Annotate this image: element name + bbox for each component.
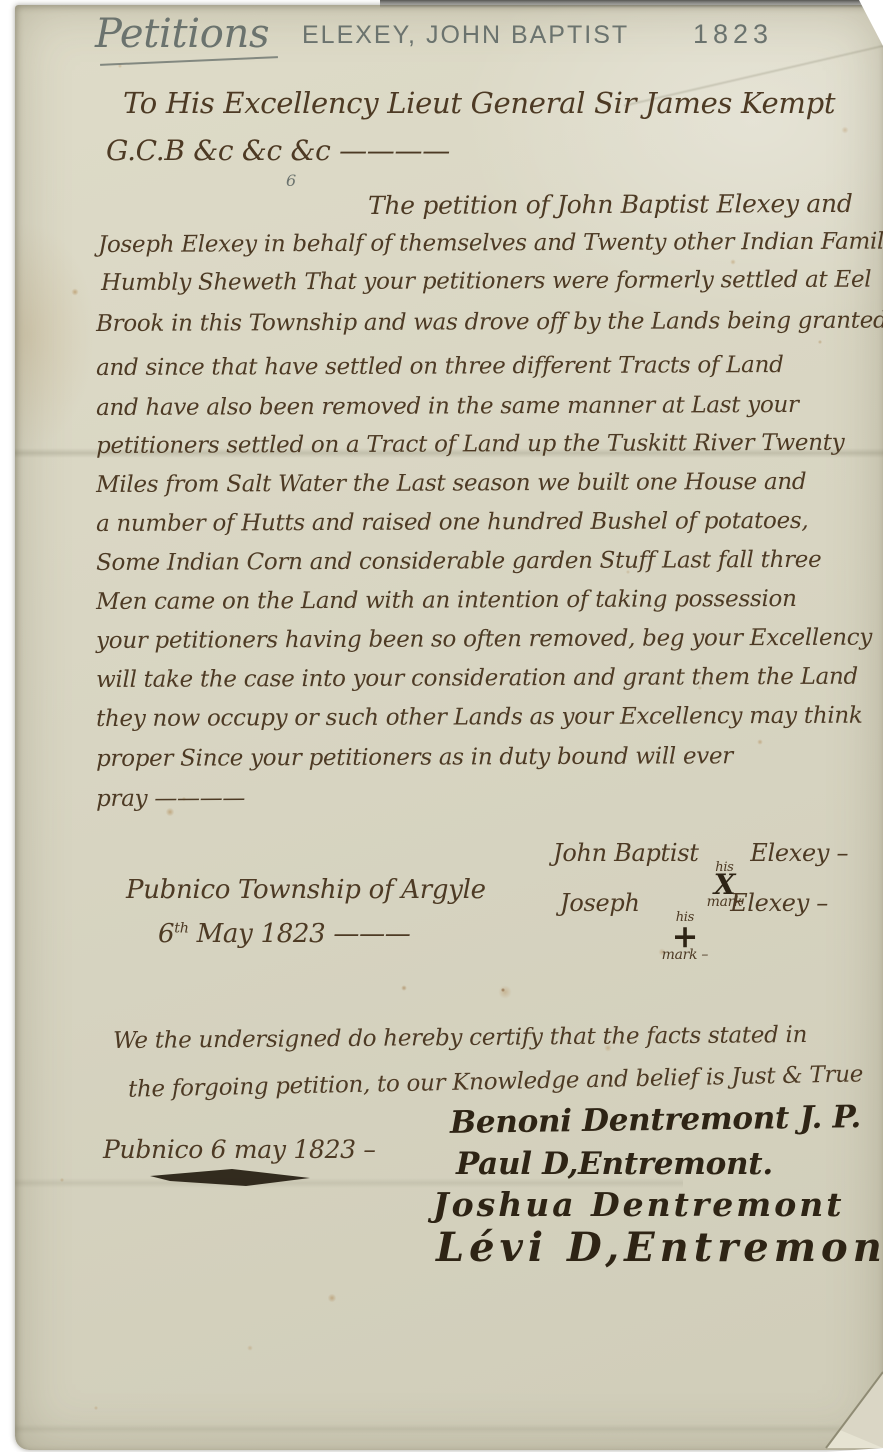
petition-line: and since that have settled on three dif… — [96, 353, 784, 381]
petition-line: will take the case into your considerati… — [96, 665, 858, 694]
mark-label: mark – — [662, 950, 708, 962]
his-mark: his+mark – — [662, 912, 708, 962]
witness-signature-joshua-dentremont: Joshua Dentremont — [433, 1187, 844, 1223]
salutation-line: To His Excellency Lieut General Sir Jame… — [123, 88, 835, 120]
petition-line: proper Since your petitioners as in duty… — [96, 744, 733, 772]
petition-line: and have also been removed in the same m… — [96, 393, 799, 421]
petition-line: Joseph Elexey in behalf of themselves an… — [98, 229, 883, 258]
petition-line: The petition of John Baptist Elexey and — [368, 190, 853, 220]
petition-line: pray ———— — [96, 786, 245, 812]
petition-line: they now occupy or such other Lands as y… — [96, 704, 863, 733]
salutation-honorific-line: G.C.B &c &c &c ———— — [106, 136, 450, 167]
pencil-page-numeral: 6 — [286, 172, 296, 190]
signature-joseph-elexey: Josephhis+mark –Elexey – — [560, 890, 828, 962]
petition-line: Humbly Sheweth That your petitioners wer… — [101, 268, 871, 297]
archival-note-name: ELEXEY, JOHN BAPTIST — [302, 22, 629, 50]
date-ordinal: th — [174, 920, 188, 936]
x-mark: + — [672, 923, 699, 950]
date-day: 6 — [158, 919, 174, 949]
archival-note-year: 1823 — [693, 20, 773, 50]
petition-line: Some Indian Corn and considerable garden… — [96, 548, 821, 576]
archival-note-label: Petitions — [95, 12, 269, 56]
date-line: 6th May 1823 ——— — [158, 920, 410, 949]
signature-given-name: John Baptist — [553, 839, 699, 867]
scanned-petition-document: Petitions ELEXEY, JOHN BAPTIST 1823 6 To… — [0, 0, 883, 1452]
witness-signature-benoni-dentremont: Benoni Dentremont J. P. — [450, 1100, 861, 1140]
petition-line: Miles from Salt Water the Last season we… — [96, 470, 806, 498]
petition-line: Brook in this Township and was drove off… — [96, 309, 883, 338]
petition-line: a number of Hutts and raised one hundred… — [96, 509, 808, 537]
certification-place-date: Pubnico 6 may 1823 – — [103, 1136, 376, 1164]
witness-signature-paul-dentremont: Paul D,Entremont. — [456, 1147, 773, 1181]
place-line: Pubnico Township of Argyle — [126, 876, 486, 905]
signature-surname: Elexey – — [730, 889, 828, 917]
petition-line: petitioners settled on a Tract of Land u… — [96, 431, 844, 460]
signature-surname: Elexey – — [750, 839, 848, 867]
date-rest: May 1823 ——— — [189, 919, 411, 949]
witness-signature-levi-dentremont: Lévi D,Entremont. — [436, 1226, 883, 1270]
petition-line: your petitioners having been so often re… — [96, 626, 872, 655]
signature-given-name: Joseph — [560, 889, 640, 917]
petition-line: Men came on the Land with an intention o… — [96, 587, 797, 615]
